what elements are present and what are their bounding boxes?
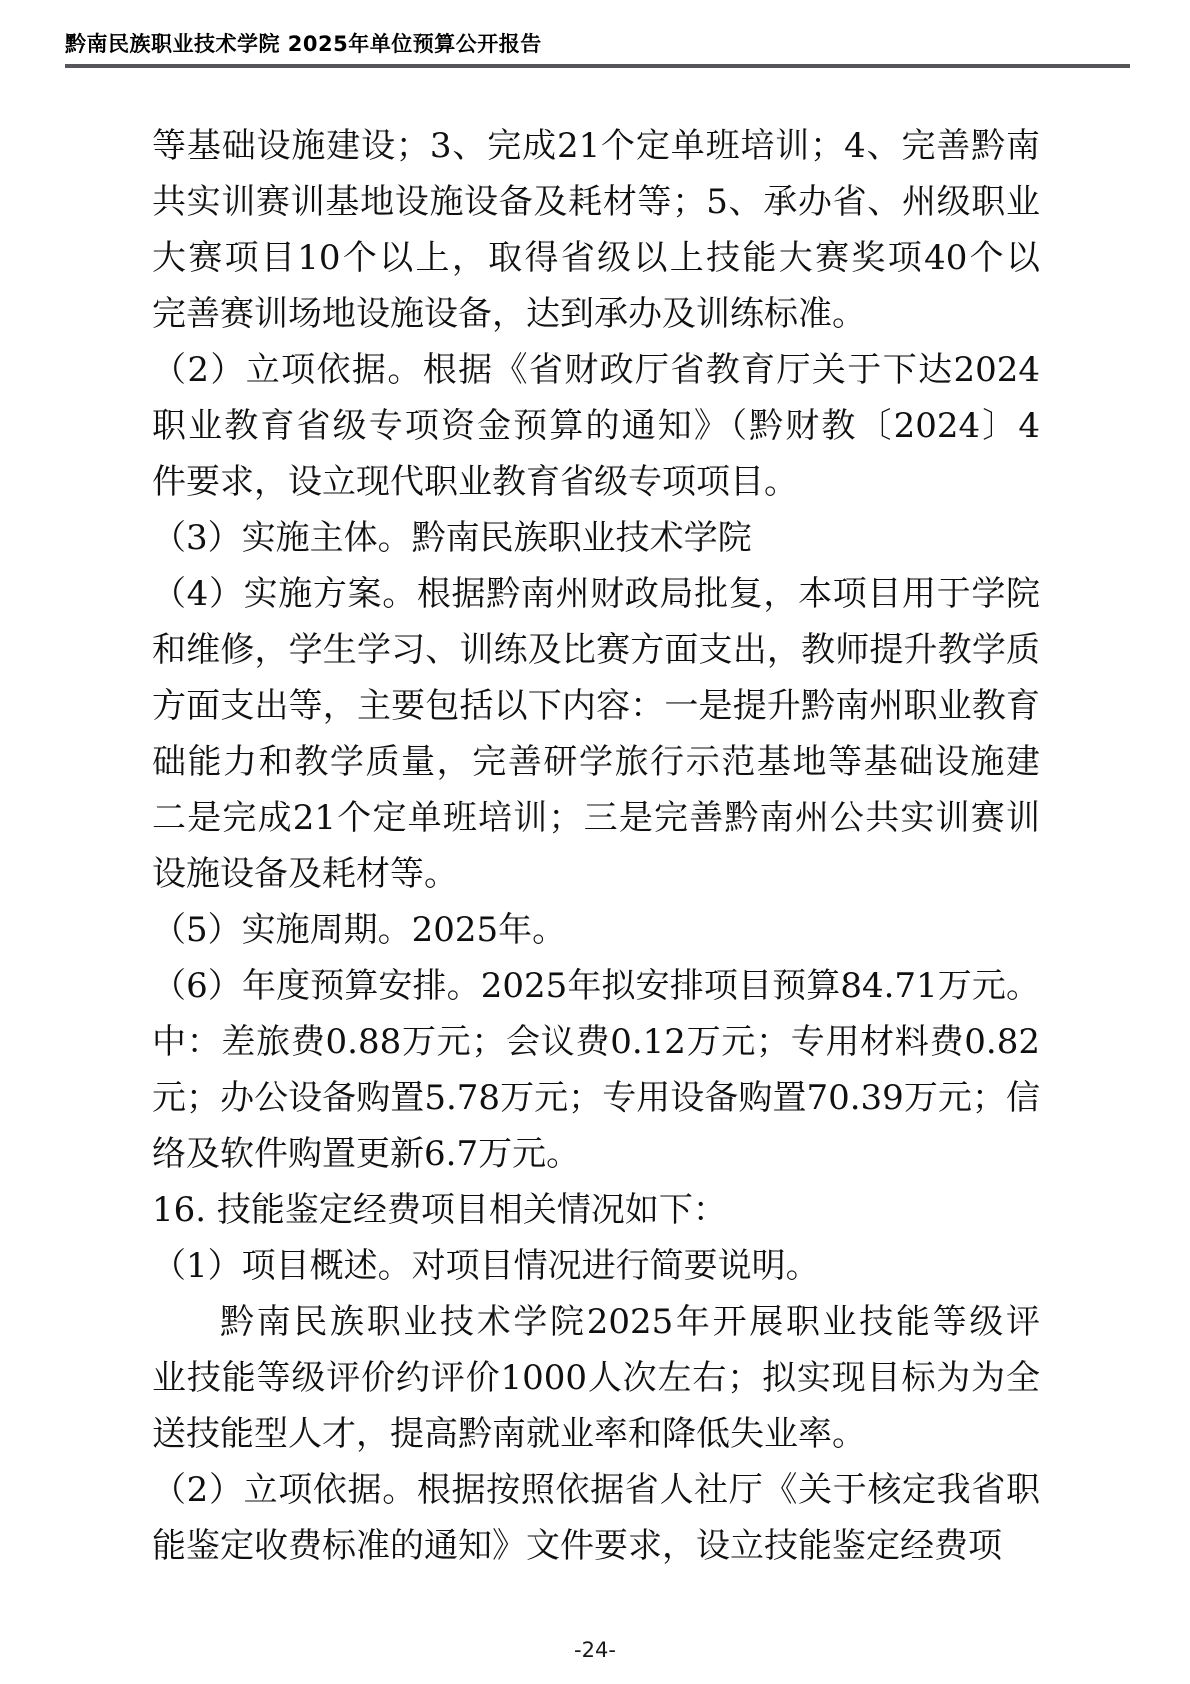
- text-line: （6）年度预算安排。2025年拟安排项目预算84.71万元。其: [152, 958, 1040, 1014]
- text-line: 设施设备及耗材等。: [152, 846, 1040, 902]
- document-page: 黔南民族职业技术学院 2025年单位预算公开报告 等基础设施建设；3、完成21个…: [0, 0, 1190, 1684]
- text-line: 络及软件购置更新6.7万元。: [152, 1126, 1040, 1182]
- text-line: 能鉴定收费标准的通知》文件要求，设立技能鉴定经费项目。: [152, 1518, 1040, 1574]
- text-line: 职业教育省级专项资金预算的通知》（黔财教〔2024〕4号）文: [152, 398, 1040, 454]
- text-line: 等基础设施建设；3、完成21个定单班培训；4、完善黔南州公: [152, 118, 1040, 174]
- text-line: 二是完成21个定单班培训；三是完善黔南州公共实训赛训基地: [152, 790, 1040, 846]
- text-line: 础能力和教学质量，完善研学旅行示范基地等基础设施建设；: [152, 734, 1040, 790]
- text-line: 送技能型人才，提高黔南就业率和降低失业率。: [152, 1406, 1040, 1462]
- text-line: 方面支出等，主要包括以下内容：一是提升黔南州职业教育基: [152, 678, 1040, 734]
- text-line: 黔南民族职业技术学院2025年开展职业技能等级评价，职: [152, 1294, 1040, 1350]
- text-line: 大赛项目10个以上，取得省级以上技能大赛奖项40个以上；6、: [152, 230, 1040, 286]
- page-number: -24-: [574, 1638, 616, 1662]
- page-header: 黔南民族职业技术学院 2025年单位预算公开报告: [65, 28, 1130, 68]
- text-line: 元；办公设备购置5.78万元；专用设备购置70.39万元；信息网: [152, 1070, 1040, 1126]
- text-line: （5）实施周期。2025年。: [152, 902, 1040, 958]
- text-line: 共实训赛训基地设施设备及耗材等；5、承办省、州级职业技能: [152, 174, 1040, 230]
- text-line: 和维修，学生学习、训练及比赛方面支出，教师提升教学质量: [152, 622, 1040, 678]
- text-line: 件要求，设立现代职业教育省级专项项目。: [152, 454, 1040, 510]
- page-footer: -24-: [0, 1638, 1190, 1662]
- text-line: （4）实施方案。根据黔南州财政局批复，本项目用于学院建设: [152, 566, 1040, 622]
- header-title: 黔南民族职业技术学院 2025年单位预算公开报告: [65, 28, 1130, 58]
- text-line: （2）立项依据。根据按照依据省人社厅《关于核定我省职业技: [152, 1462, 1040, 1518]
- text-line: （3）实施主体。黔南民族职业技术学院: [152, 510, 1040, 566]
- text-line: 16. 技能鉴定经费项目相关情况如下：: [152, 1182, 1040, 1238]
- document-body: 等基础设施建设；3、完成21个定单班培训；4、完善黔南州公共实训赛训基地设施设备…: [152, 118, 1040, 1574]
- text-line: （2）立项依据。根据《省财政厅省教育厅关于下达2024年现代: [152, 342, 1040, 398]
- text-line: 完善赛训场地设施设备，达到承办及训练标准。: [152, 286, 1040, 342]
- text-line: 中：差旅费0.88万元；会议费0.12万元；专用材料费0.82万: [152, 1014, 1040, 1070]
- text-line: （1）项目概述。对项目情况进行简要说明。: [152, 1238, 1040, 1294]
- text-line: 业技能等级评价约评价1000人次左右；拟实现目标为为全州输: [152, 1350, 1040, 1406]
